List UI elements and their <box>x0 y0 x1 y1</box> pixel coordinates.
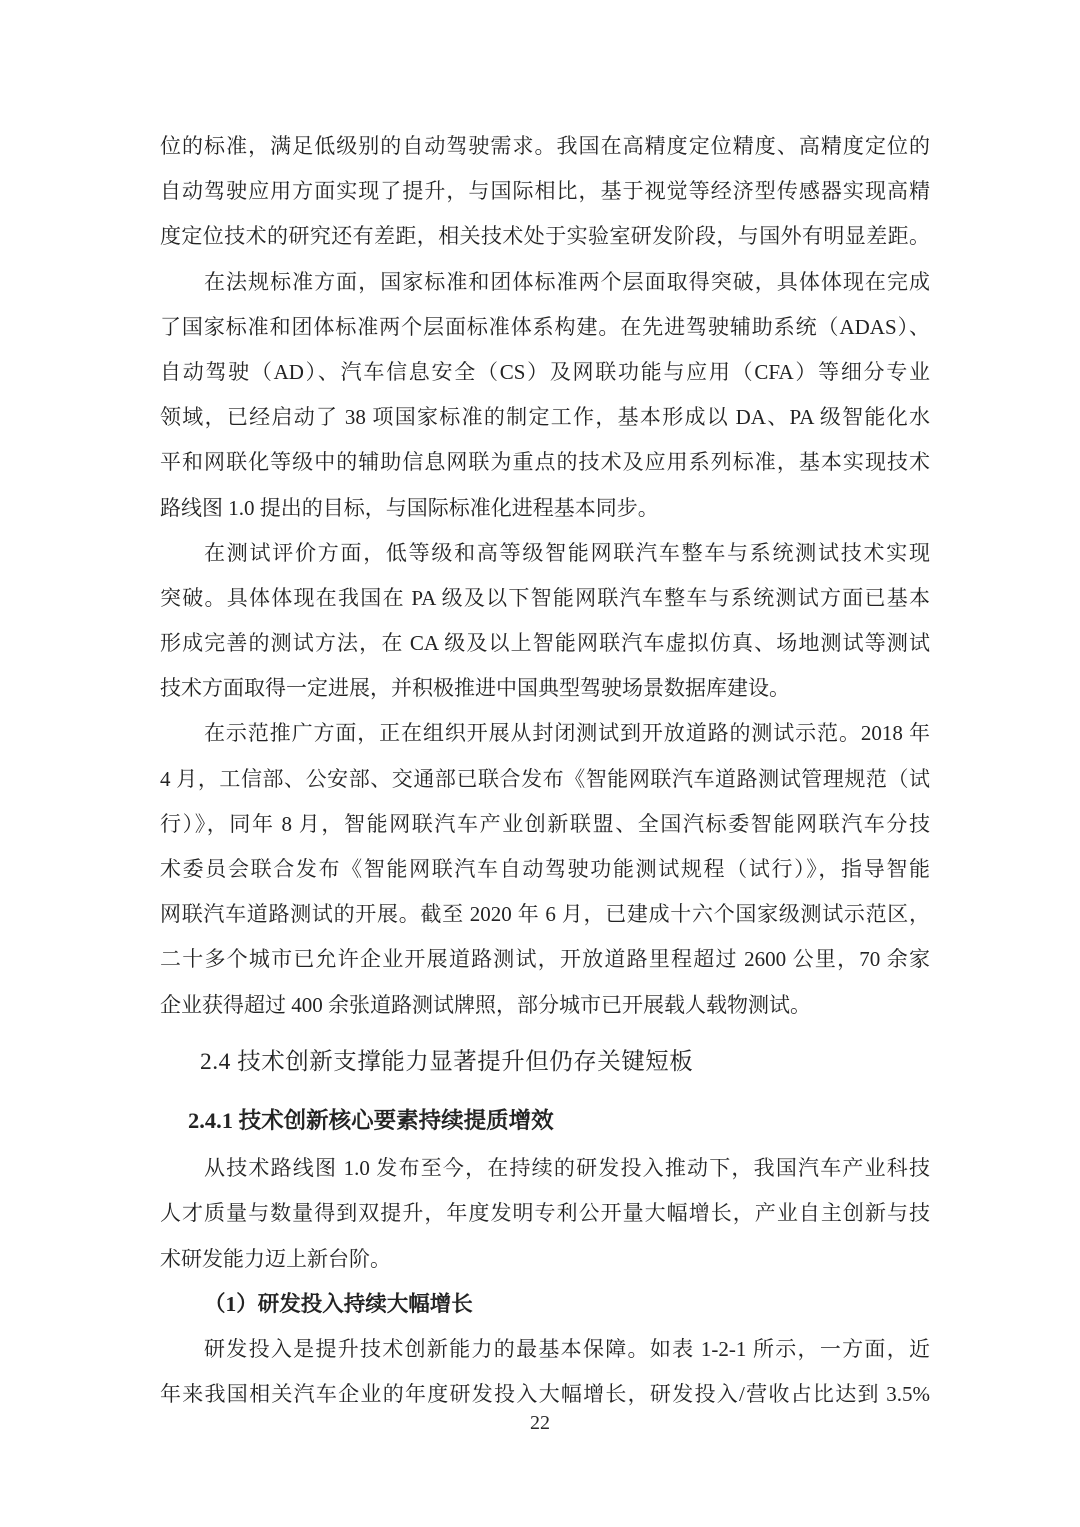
body-line: 在法规标准方面，国家标准和团体标准两个层面取得突破，具体体现在完成 <box>160 260 930 305</box>
item-heading-1: （1）研发投入持续大幅增长 <box>160 1282 930 1327</box>
body-line: 从技术路线图 1.0 发布至今，在持续的研发投入推动下，我国汽车产业科技 <box>160 1146 930 1191</box>
body-line: 研发投入是提升技术创新能力的最基本保障。如表 1-2-1 所示，一方面，近 <box>160 1327 930 1372</box>
body-line: 4 月，工信部、公安部、交通部已联合发布《智能网联汽车道路测试管理规范（试 <box>160 757 930 802</box>
body-line: 术委员会联合发布《智能网联汽车自动驾驶功能测试规程（试行）》，指导智能 <box>160 847 930 892</box>
document-page: 位的标准，满足低级别的自动驾驶需求。我国在高精度定位精度、高精度定位的 自动驾驶… <box>0 0 1080 1527</box>
page-number: 22 <box>0 1408 1080 1438</box>
body-line: 企业获得超过 400 余张道路测试牌照，部分城市已开展载人载物测试。 <box>160 983 930 1028</box>
body-line: 行）》，同年 8 月，智能网联汽车产业创新联盟、全国汽标委智能网联汽车分技 <box>160 802 930 847</box>
body-line: 网联汽车道路测试的开展。截至 2020 年 6 月，已建成十六个国家级测试示范区… <box>160 892 930 937</box>
body-line: 术研发能力迈上新台阶。 <box>160 1237 930 1282</box>
body-line: 自动驾驶应用方面实现了提升，与国际相比，基于视觉等经济型传感器实现高精 <box>160 169 930 214</box>
body-line: 在示范推广方面，正在组织开展从封闭测试到开放道路的测试示范。2018 年 <box>160 711 930 756</box>
body-line: 平和网联化等级中的辅助信息网联为重点的技术及应用系列标准，基本实现技术 <box>160 440 930 485</box>
body-line: 二十多个城市已允许企业开展道路测试，开放道路里程超过 2600 公里，70 余家 <box>160 937 930 982</box>
section-heading-2-4: 2.4 技术创新支撑能力显著提升但仍存关键短板 <box>160 1040 930 1085</box>
body-line: 形成完善的测试方法，在 CA 级及以上智能网联汽车虚拟仿真、场地测试等测试 <box>160 621 930 666</box>
subsection-heading-2-4-1: 2.4.1 技术创新核心要素持续提质增效 <box>160 1098 930 1143</box>
body-line: 路线图 1.0 提出的目标，与国际标准化进程基本同步。 <box>160 486 930 531</box>
body-line: 自动驾驶（AD）、汽车信息安全（CS）及网联功能与应用（CFA）等细分专业 <box>160 350 930 395</box>
body-line: 领域，已经启动了 38 项国家标准的制定工作，基本形成以 DA、PA 级智能化水 <box>160 395 930 440</box>
body-line: 人才质量与数量得到双提升，年度发明专利公开量大幅增长，产业自主创新与技 <box>160 1191 930 1236</box>
body-line: 度定位技术的研究还有差距，相关技术处于实验室研发阶段，与国外有明显差距。 <box>160 214 930 259</box>
text-column: 位的标准，满足低级别的自动驾驶需求。我国在高精度定位精度、高精度定位的 自动驾驶… <box>160 124 930 1417</box>
body-line: 技术方面取得一定进展，并积极推进中国典型驾驶场景数据库建设。 <box>160 666 930 711</box>
body-line: 在测试评价方面，低等级和高等级智能网联汽车整车与系统测试技术实现 <box>160 531 930 576</box>
body-line: 突破。具体体现在我国在 PA 级及以下智能网联汽车整车与系统测试方面已基本 <box>160 576 930 621</box>
body-line: 位的标准，满足低级别的自动驾驶需求。我国在高精度定位精度、高精度定位的 <box>160 124 930 169</box>
body-line: 了国家标准和团体标准两个层面标准体系构建。在先进驾驶辅助系统（ADAS）、 <box>160 305 930 350</box>
